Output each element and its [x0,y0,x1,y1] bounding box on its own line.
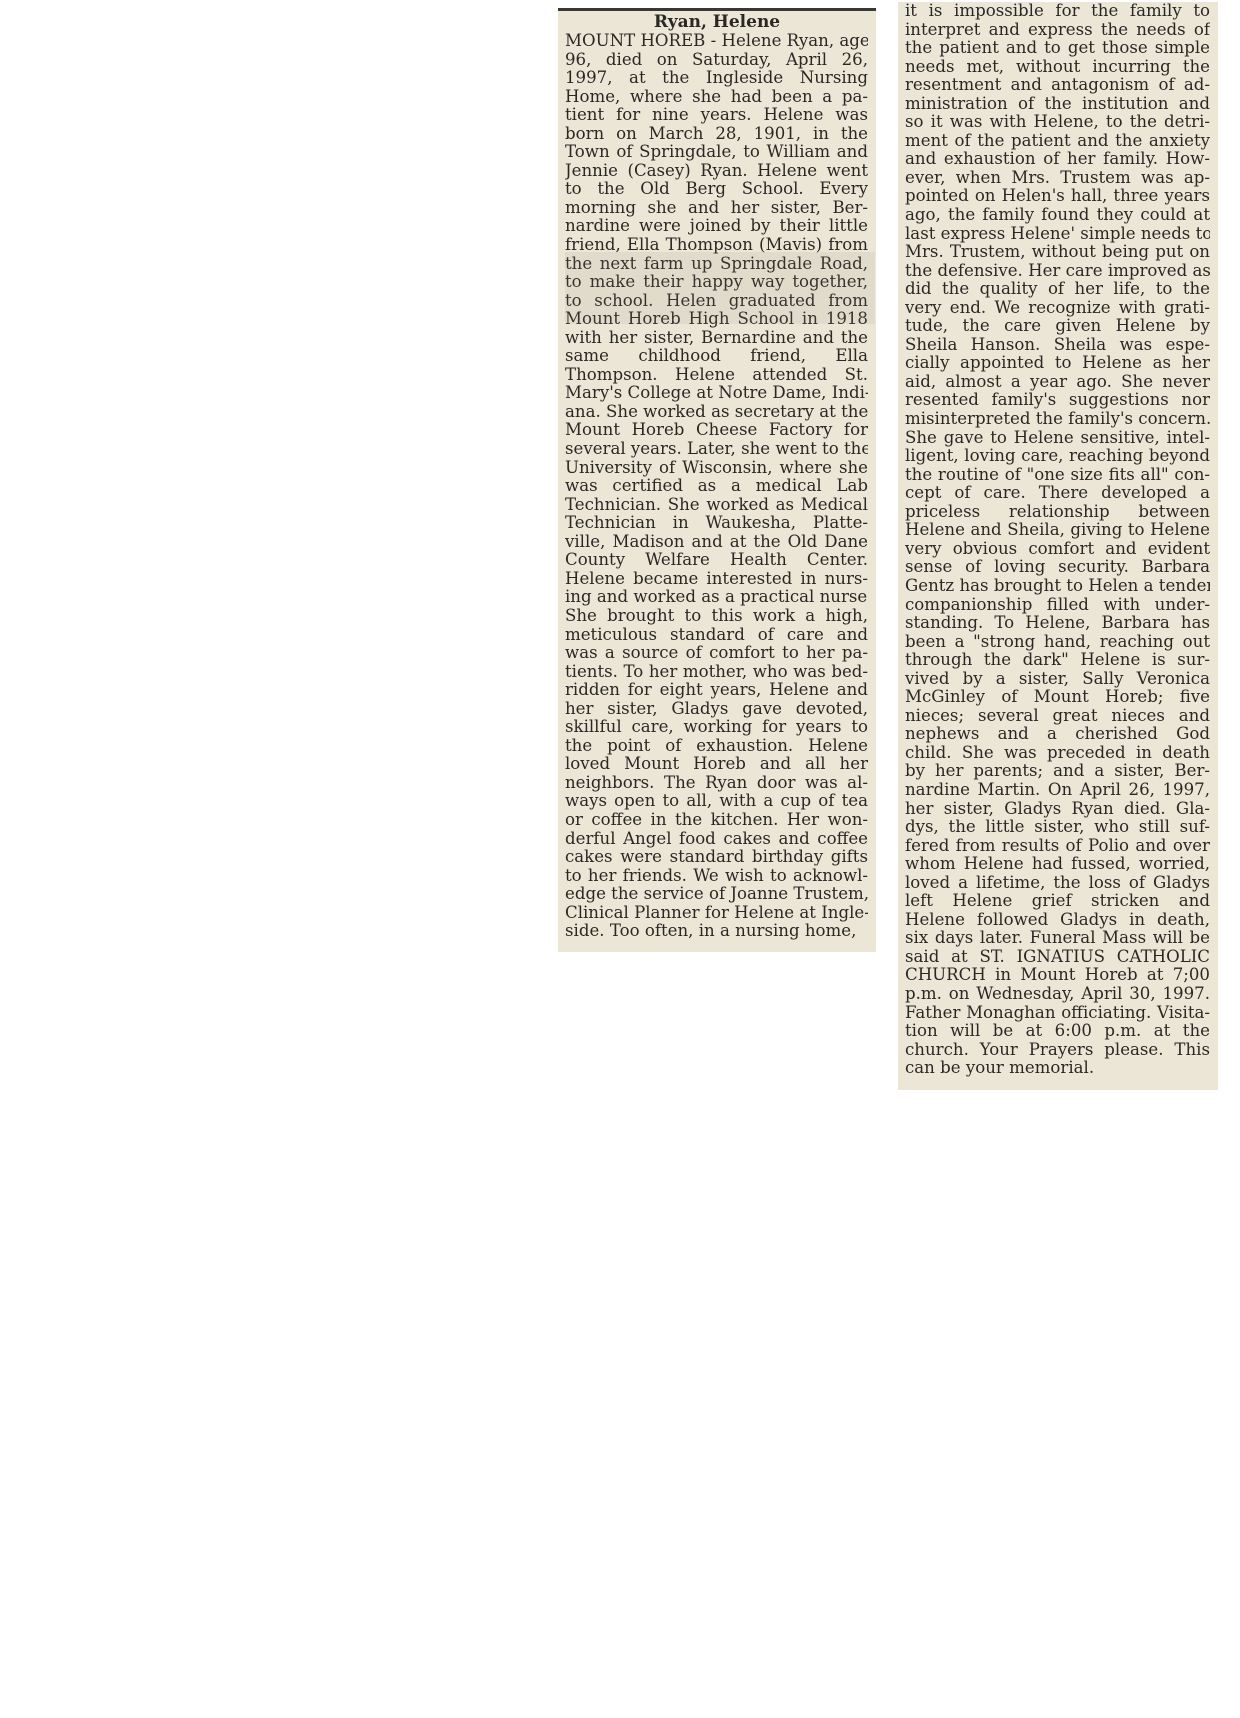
headline-rule [558,8,876,11]
text-line: Father Monaghan officiating. Visita- [905,1004,1210,1023]
text-line: six days later. Funeral Mass will be [905,929,1210,948]
text-line: left Helene grief stricken and [905,892,1210,911]
text-line: Technician in Waukesha, Platte- [565,514,868,533]
text-line: her sister, Gladys gave devoted, [565,700,868,719]
text-line: loved Mount Horeb and all her [565,755,868,774]
text-line: standing. To Helene, Barbara has [905,614,1210,633]
text-line: ministration of the institution and [905,95,1210,114]
text-line: ing and worked as a practical nurse. [565,588,868,607]
text-line: or coffee in the kitchen. Her won- [565,811,868,830]
text-line: so it was with Helene, to the detri- [905,113,1210,132]
text-line: Helene followed Gladys in death, [905,911,1210,930]
text-line: resentment and antagonism of ad- [905,76,1210,95]
text-line: tude, the care given Helene by [905,317,1210,336]
text-line: needs met, without incurring the [905,58,1210,77]
obituary-column-1: Ryan, Helene MOUNT HOREB - Helene Ryan, … [558,8,876,952]
text-line: pointed on Helen's hall, three years [905,187,1210,206]
text-line: 96, died on Saturday, April 26, [565,51,868,70]
text-line: ridden for eight years, Helene and [565,681,868,700]
text-line: child. She was preceded in death [905,744,1210,763]
column-1-text: MOUNT HOREB - Helene Ryan, age96, died o… [565,32,868,941]
text-line: ville, Madison and at the Old Dane [565,533,868,552]
text-line: to the Old Berg School. Every [565,180,868,199]
text-line: by her parents; and a sister, Ber- [905,762,1210,781]
text-line: ways open to all, with a cup of tea [565,792,868,811]
obituary-headline: Ryan, Helene [558,12,876,32]
text-line: last express Helene' simple needs to [905,225,1210,244]
text-line: p.m. on Wednesday, April 30, 1997. [905,985,1210,1004]
text-line: whom Helene had fussed, worried, [905,855,1210,874]
text-line: McGinley of Mount Horeb; five [905,688,1210,707]
text-line: the point of exhaustion. Helene [565,737,868,756]
text-line: cakes were standard birthday gifts [565,848,868,867]
text-line: ago, the family found they could at [905,206,1210,225]
text-line: ligent, loving care, reaching beyond [905,447,1210,466]
text-line: ever, when Mrs. Trustem was ap- [905,169,1210,188]
text-line: fered from results of Polio and over [905,837,1210,856]
text-line: Sheila Hanson. Sheila was espe- [905,336,1210,355]
text-line: meticulous standard of care and [565,626,868,645]
text-line: Helene became interested in nurs- [565,570,868,589]
text-line: She brought to this work a high, [565,607,868,626]
text-line: nephews and a cherished God [905,725,1210,744]
text-line: church. Your Prayers please. This [905,1041,1210,1060]
text-line: loved a lifetime, the loss of Gladys [905,874,1210,893]
text-line: nardine were joined by their little [565,217,868,236]
text-line: nieces; several great nieces and [905,707,1210,726]
text-line: several years. Later, she went to the [565,440,868,459]
text-line: was certified as a medical Lab [565,477,868,496]
text-line: ana. She worked as secretary at the [565,403,868,422]
text-line: through the dark" Helene is sur- [905,651,1210,670]
text-line: and exhaustion of her family. How- [905,150,1210,169]
text-line: misinterpreted the family's concern. [905,410,1210,429]
text-line: County Welfare Health Center. [565,551,868,570]
text-line: morning she and her sister, Ber- [565,199,868,218]
text-line: resented family's suggestions nor [905,391,1210,410]
text-line: tient for nine years. Helene was [565,106,868,125]
text-line: the patient and to get those simple [905,39,1210,58]
text-line: was a source of comfort to her pa- [565,644,868,663]
text-line: the routine of "one size fits all" con- [905,466,1210,485]
text-line: Helene and Sheila, giving to Helene [905,521,1210,540]
text-line: side. Too often, in a nursing home, [565,922,868,941]
text-line: Mount Horeb Cheese Factory for [565,421,868,440]
text-line: been a "strong hand, reaching out [905,633,1210,652]
text-line: cept of care. There developed a [905,484,1210,503]
text-line: very end. We recognize with grati- [905,299,1210,318]
text-line: Town of Springdale, to William and [565,143,868,162]
text-line: with her sister, Bernardine and the [565,329,868,348]
text-line: priceless relationship between [905,503,1210,522]
text-line: can be your memorial. [905,1059,1210,1078]
text-line: CHURCH in Mount Horeb at 7;00 [905,966,1210,985]
text-line: Thompson. Helene attended St. [565,366,868,385]
text-line: 1997, at the Ingleside Nursing [565,69,868,88]
text-line: University of Wisconsin, where she [565,459,868,478]
text-line: born on March 28, 1901, in the [565,125,868,144]
text-line: same childhood friend, Ella [565,347,868,366]
scan-shading [565,252,875,324]
text-line: Jennie (Casey) Ryan. Helene went [565,162,868,181]
text-line: Mrs. Trustem, without being put on [905,243,1210,262]
text-line: cially appointed to Helene as her [905,354,1210,373]
text-line: tion will be at 6:00 p.m. at the [905,1022,1210,1041]
text-line: Gentz has brought to Helen a tender [905,577,1210,596]
text-line: did the quality of her life, to the [905,280,1210,299]
text-line: She gave to Helene sensitive, intel- [905,429,1210,448]
column-2-text: it is impossible for the family tointerp… [905,2,1210,1078]
text-line: interpret and express the needs of [905,21,1210,40]
text-line: Mary's College at Notre Dame, Indi- [565,384,868,403]
text-line: neighbors. The Ryan door was al- [565,774,868,793]
text-line: her sister, Gladys Ryan died. Gla- [905,800,1210,819]
text-line: said at ST. IGNATIUS CATHOLIC [905,948,1210,967]
text-line: MOUNT HOREB - Helene Ryan, age [565,32,868,51]
text-line: the defensive. Her care improved as [905,262,1210,281]
text-line: dys, the little sister, who still suf- [905,818,1210,837]
text-line: to her friends. We wish to acknowl- [565,867,868,886]
text-line: vived by a sister, Sally Veronica [905,670,1210,689]
text-line: companionship filled with under- [905,596,1210,615]
text-line: aid, almost a year ago. She never [905,373,1210,392]
text-line: tients. To her mother, who was bed- [565,663,868,682]
text-line: ment of the patient and the anxiety [905,132,1210,151]
text-line: derful Angel food cakes and coffee [565,830,868,849]
text-line: very obvious comfort and evident [905,540,1210,559]
text-line: sense of loving security. Barbara [905,558,1210,577]
obituary-column-2: it is impossible for the family tointerp… [898,2,1218,1090]
text-line: Technician. She worked as Medical [565,496,868,515]
text-line: nardine Martin. On April 26, 1997, [905,781,1210,800]
text-line: Home, where she had been a pa- [565,88,868,107]
text-line: edge the service of Joanne Trustem, [565,885,868,904]
text-line: skillful care, working for years to [565,718,868,737]
text-line: Clinical Planner for Helene at Ingle- [565,904,868,923]
text-line: it is impossible for the family to [905,2,1210,21]
